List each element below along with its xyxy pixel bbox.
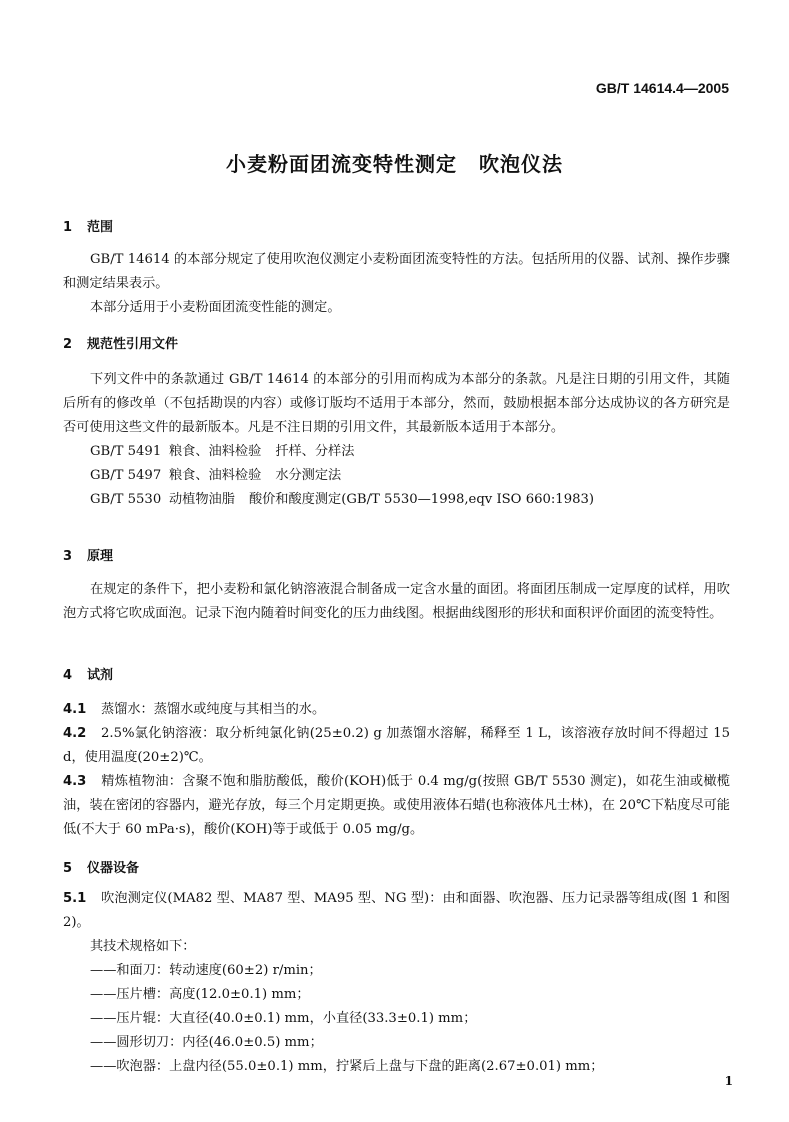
clause-4-3: 4.3精炼植物油：含聚不饱和脂肪酸低，酸价(KOH)低于 0.4 mg/g(按照… (63, 770, 730, 842)
spec-item: ——压片槽：高度(12.0±0.1) mm； (63, 983, 730, 1007)
section-references-body: 下列文件中的条款通过 GB/T 14614 的本部分的引用而构成为本部分的条款。… (63, 368, 730, 512)
clause-5-1: 5.1吹泡测定仪(MA82 型、MA87 型、MA95 型、NG 型)：由和面器… (63, 887, 730, 935)
reference-item: GB/T 5497粮食、油料检验水分测定法 (63, 464, 730, 488)
document-title: 小麦粉面团流变特性测定吹泡仪法 (0, 148, 789, 177)
paragraph: 在规定的条件下，把小麦粉和氯化钠溶液混合制备成一定含水量的面团。将面团压制成一定… (63, 578, 730, 626)
reference-item: GB/T 5491粮食、油料检验扦样、分样法 (63, 440, 730, 464)
section-heading-principle: 3原理 (63, 545, 113, 564)
paragraph: 本部分适用于小麦粉面团流变性能的测定。 (63, 296, 730, 320)
spec-item: ——压片辊：大直径(40.0±0.1) mm，小直径(33.3±0.1) mm； (63, 1007, 730, 1031)
section-scope-body: GB/T 14614 的本部分规定了使用吹泡仪测定小麦粉面团流变特性的方法。包括… (63, 248, 730, 320)
section-heading-reagents: 4试剂 (63, 664, 113, 683)
section-apparatus-body: 5.1吹泡测定仪(MA82 型、MA87 型、MA95 型、NG 型)：由和面器… (63, 887, 730, 1079)
clause-4-1: 4.1蒸馏水：蒸馏水或纯度与其相当的水。 (63, 698, 730, 722)
spec-item: ——圆形切刀：内径(46.0±0.5) mm； (63, 1031, 730, 1055)
section-heading-apparatus: 5仪器设备 (63, 857, 139, 876)
clause-4-2: 4.22.5%氯化钠溶液：取分析纯氯化钠(25±0.2) g 加蒸馏水溶解，稀释… (63, 722, 730, 770)
standard-code: GB/T 14614.4—2005 (596, 80, 729, 96)
section-reagents-body: 4.1蒸馏水：蒸馏水或纯度与其相当的水。 4.22.5%氯化钠溶液：取分析纯氯化… (63, 698, 730, 842)
section-principle-body: 在规定的条件下，把小麦粉和氯化钠溶液混合制备成一定含水量的面团。将面团压制成一定… (63, 578, 730, 626)
section-heading-scope: 1范围 (63, 216, 113, 235)
title-method: 吹泡仪法 (479, 152, 563, 176)
spec-intro: 其技术规格如下： (63, 935, 730, 959)
paragraph: GB/T 14614 的本部分规定了使用吹泡仪测定小麦粉面团流变特性的方法。包括… (63, 248, 730, 296)
title-main: 小麦粉面团流变特性测定 (226, 152, 457, 176)
page-number: 1 (725, 1074, 733, 1088)
spec-item: ——吹泡器：上盘内径(55.0±0.1) mm，拧紧后上盘与下盘的距离(2.67… (63, 1055, 730, 1079)
spec-item: ——和面刀：转动速度(60±2) r/min； (63, 959, 730, 983)
reference-item: GB/T 5530动植物油脂酸价和酸度测定(GB/T 5530—1998,eqv… (63, 488, 730, 512)
section-heading-normative-references: 2规范性引用文件 (63, 333, 178, 352)
paragraph: 下列文件中的条款通过 GB/T 14614 的本部分的引用而构成为本部分的条款。… (63, 368, 730, 440)
